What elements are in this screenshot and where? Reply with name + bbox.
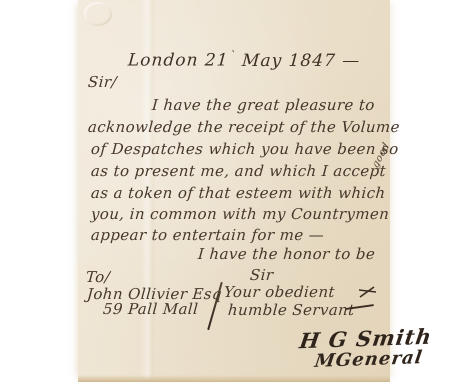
body-line: as to present me, and which I accept: [90, 163, 386, 180]
body-line: you, in common with my Countrymen: [90, 206, 389, 223]
body-line: of Despatches which you have been so: [90, 141, 399, 158]
closing-sir: Sir: [249, 267, 274, 284]
body-line: I have the great pleasure to: [151, 97, 375, 114]
body-line: acknowledge the receipt of the Volume: [87, 119, 400, 136]
address-street: 59 Pall Mall: [102, 301, 198, 318]
body-line: appear to entertain for me —: [90, 227, 324, 244]
signature-rank: MGeneral: [313, 348, 424, 372]
salutation: Sir/: [87, 74, 117, 91]
paper-bottom-edge: [78, 375, 390, 382]
letter-paper: London 21ˋMay 1847 — Sir/ I have the gre…: [78, 0, 390, 382]
closing-humble-servant: humble Servant: [227, 302, 355, 319]
body-line: as a token of that esteem with which: [90, 185, 386, 202]
closing-your-obedient: Your obedient: [223, 284, 335, 301]
scanned-letter: London 21ˋMay 1847 — Sir/ I have the gre…: [0, 0, 468, 382]
address-to: To/: [85, 269, 110, 286]
pen-cross-flourish: [358, 284, 378, 298]
dateline: London 21ˋMay 1847 —: [127, 50, 361, 70]
closing-honor-line: I have the honor to be: [197, 246, 375, 263]
day-superscript-mark: ˋ: [229, 50, 236, 62]
dateline-month-year: May 1847 —: [241, 51, 361, 71]
dateline-city-day: London 21: [127, 51, 229, 71]
embossed-stamp: [84, 2, 112, 26]
